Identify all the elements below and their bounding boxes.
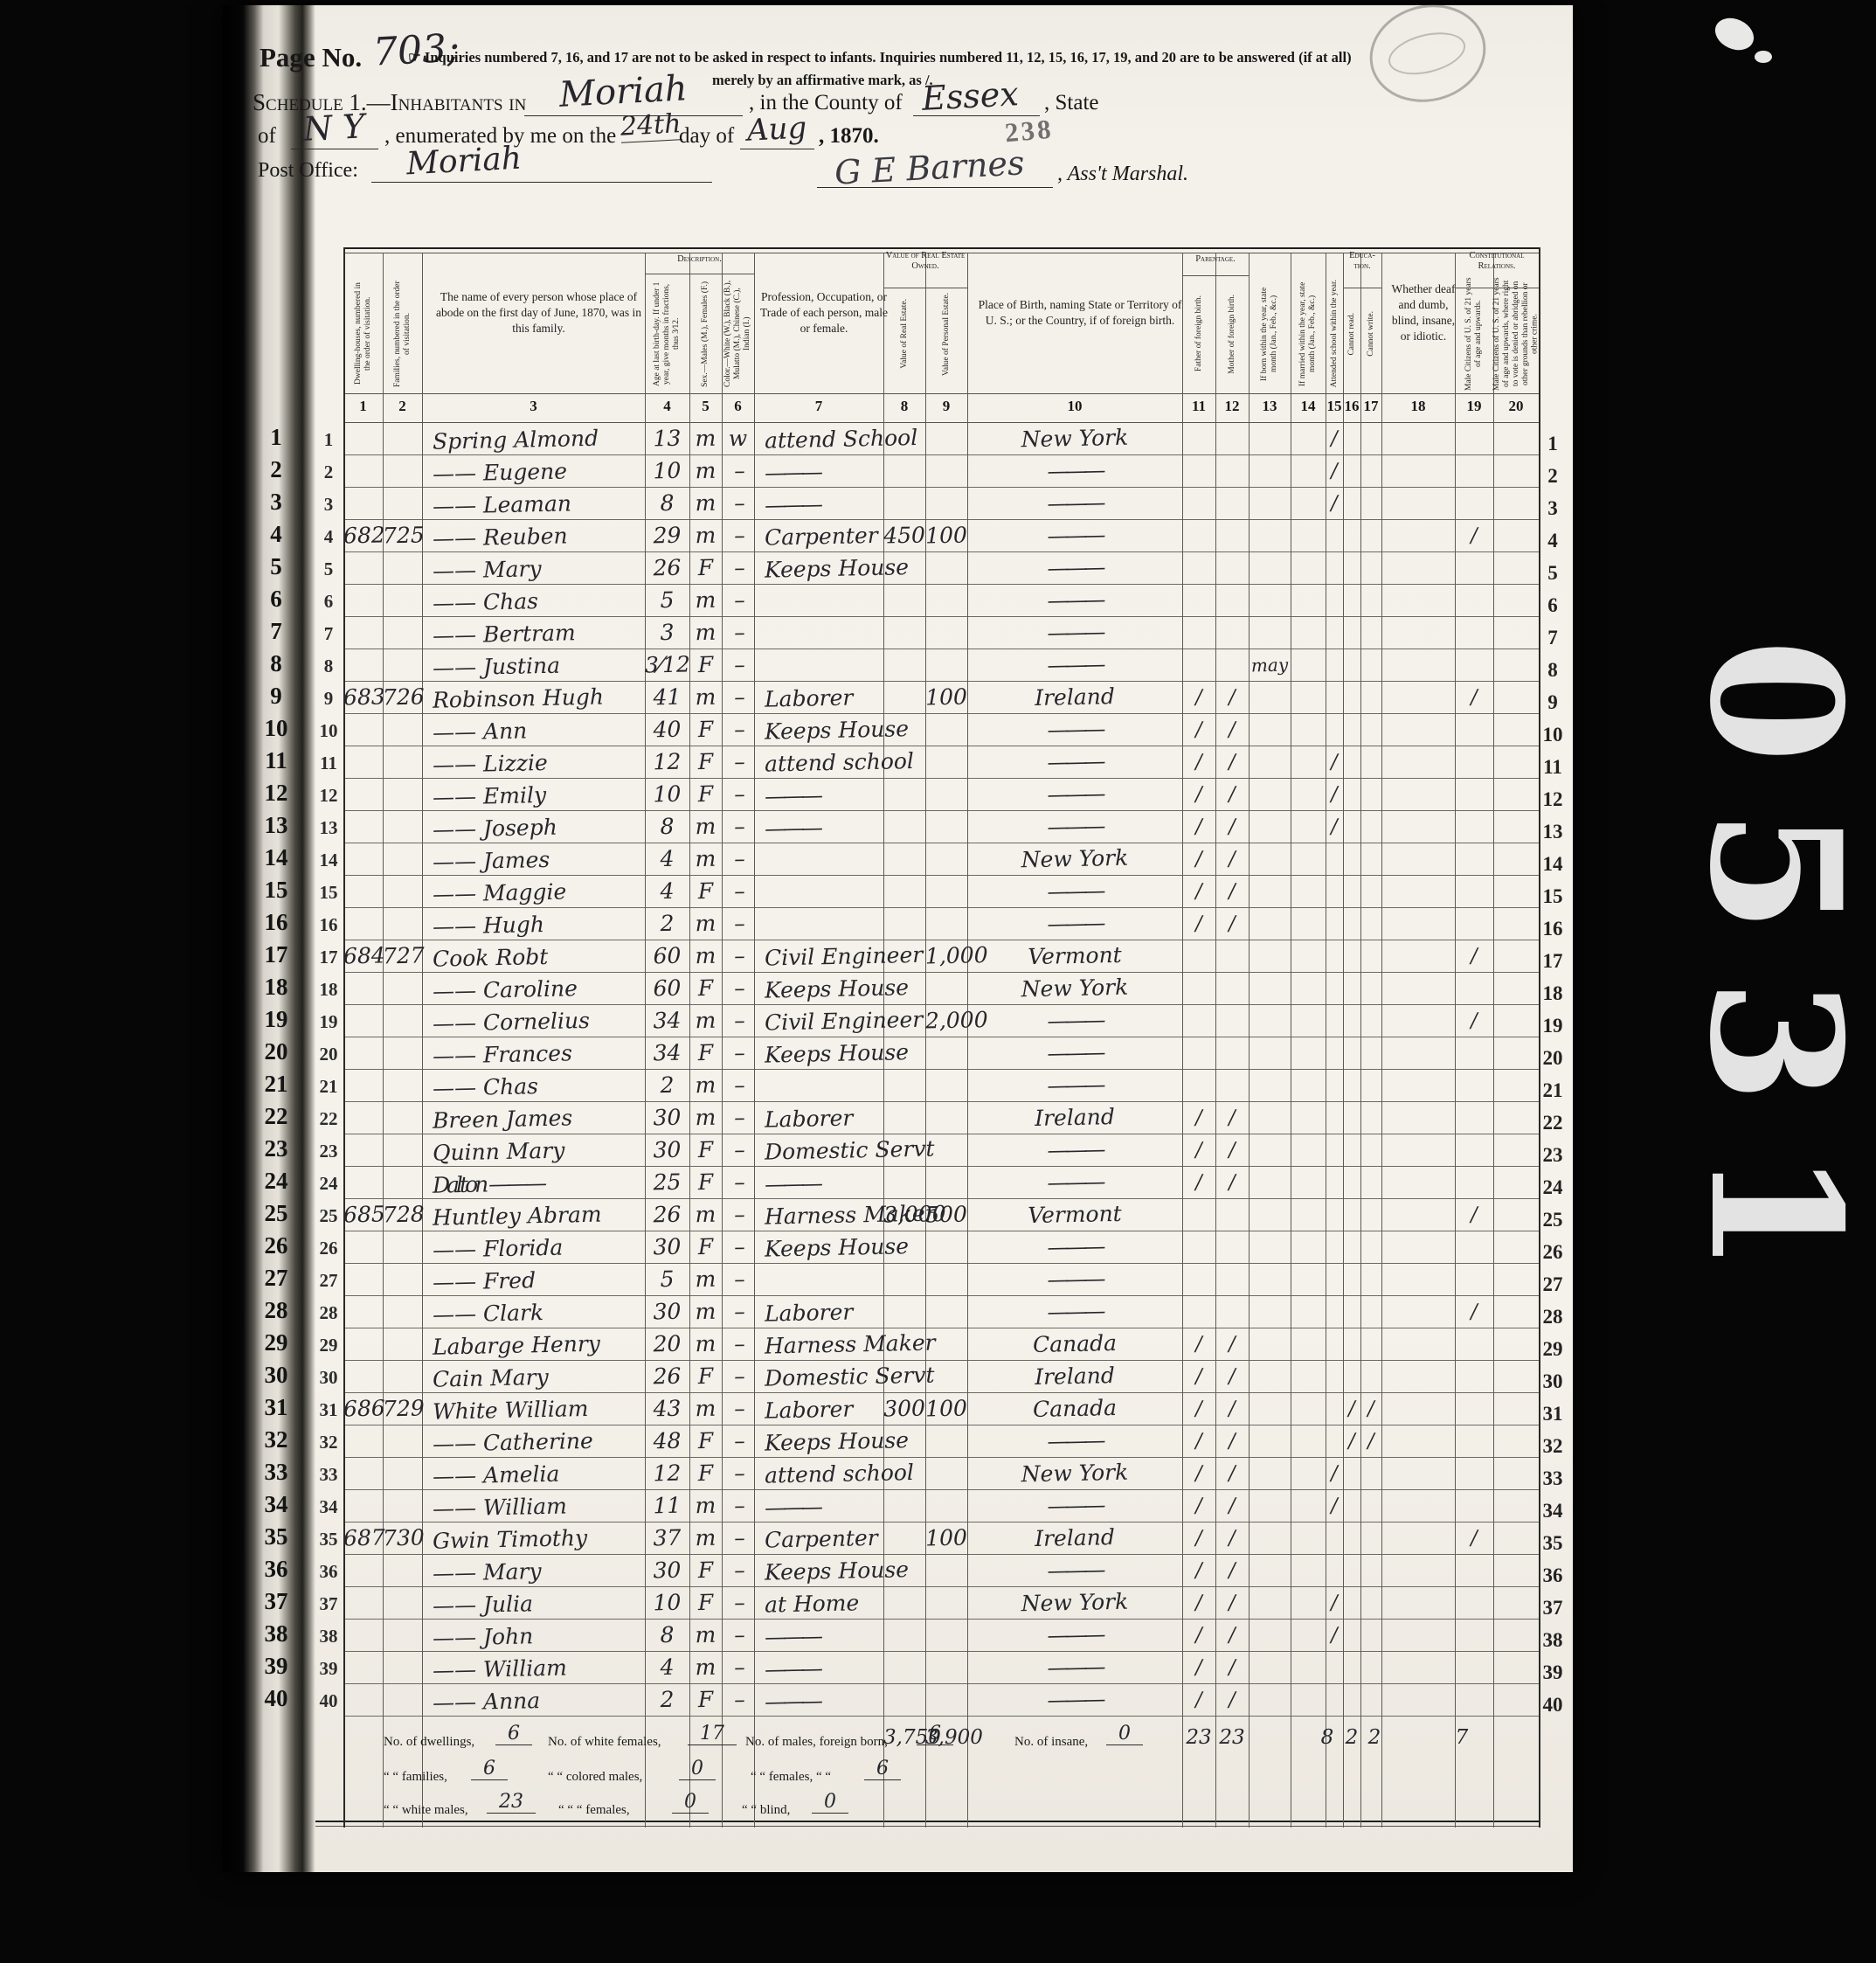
cell-age: 2 — [645, 908, 690, 939]
cell-c15: / — [1326, 424, 1344, 454]
cell-age: 5 — [645, 585, 690, 615]
cell-age: 8 — [645, 488, 690, 518]
footer-colored-males: “ “ colored males, — [548, 1770, 642, 1785]
row-number-left: 26 — [315, 1238, 342, 1259]
cell-age: 34 — [645, 1005, 690, 1036]
cell-sex: m — [689, 1329, 723, 1360]
gutter-row-number: 29 — [261, 1329, 291, 1356]
cell-c16: / — [1343, 1394, 1361, 1424]
col-number-7: 7 — [754, 398, 883, 415]
row-number-left: 30 — [315, 1367, 342, 1389]
cell-col: – — [722, 1426, 755, 1457]
cell-c19: / — [1455, 1006, 1494, 1037]
margin-row-number: 22 — [1535, 1112, 1570, 1134]
cell-birth: ——— — [967, 1424, 1183, 1458]
cell-birth: New York — [967, 842, 1183, 876]
cell-col: – — [722, 1653, 755, 1683]
margin-row-number: 2 — [1535, 465, 1570, 488]
gutter-row-number: 19 — [261, 1006, 291, 1033]
cell-c12: / — [1215, 812, 1250, 843]
cell-age: 26 — [645, 1361, 690, 1391]
col-number-17: 17 — [1360, 398, 1381, 415]
cell-birth: New York — [967, 1585, 1183, 1620]
group-label-education: Educa- tion. — [1343, 251, 1381, 271]
year-label: , 1870. — [819, 124, 879, 149]
cell-c11: / — [1182, 909, 1216, 940]
col-rule — [1249, 253, 1250, 1828]
cell-sex: m — [689, 1103, 723, 1134]
col-heading-5: Sex.—Males (M.), Females (F.) — [689, 277, 722, 391]
row-number-left: 38 — [315, 1626, 342, 1647]
cell-occ: Laborer — [754, 1294, 991, 1329]
cell-age: 30 — [645, 1555, 690, 1585]
margin-row-number: 35 — [1535, 1532, 1570, 1555]
gutter-row-number: 11 — [261, 747, 291, 774]
cell-c15: / — [1326, 780, 1344, 809]
cell-col: – — [722, 1265, 755, 1295]
cell-age: 26 — [645, 552, 690, 583]
col-number-18: 18 — [1381, 398, 1455, 415]
col-rule — [1455, 253, 1456, 1828]
state-tail: , State — [1044, 91, 1099, 115]
cell-pe: 1,000 — [925, 941, 968, 972]
rule-under-labels — [343, 393, 1539, 394]
row-number-left: 11 — [315, 753, 342, 774]
cell-c19: / — [1455, 1200, 1494, 1231]
gutter-row-number: 26 — [261, 1232, 291, 1259]
row-number-left: 39 — [315, 1658, 342, 1680]
cell-col: – — [722, 877, 755, 907]
col-number-8: 8 — [883, 398, 925, 415]
row-number-left: 19 — [315, 1011, 342, 1033]
col-heading-11: Father of foreign birth. — [1182, 277, 1215, 391]
row-number-left: 12 — [315, 785, 342, 807]
cell-col: – — [722, 456, 755, 487]
margin-row-number: 23 — [1535, 1144, 1570, 1167]
col-rule — [1343, 253, 1344, 1828]
header-note-line2: merely by an affirmative mark, as /. — [712, 72, 933, 89]
margin-row-number: 28 — [1535, 1306, 1570, 1328]
cell-pe: 500 — [925, 1200, 968, 1231]
cell-sex: m — [689, 1653, 723, 1683]
margin-row-number: 37 — [1535, 1597, 1570, 1620]
row-number-left: 13 — [315, 817, 342, 839]
row-number-left: 23 — [315, 1141, 342, 1162]
cell-birth: ——— — [967, 745, 1183, 779]
gutter-row-number: 17 — [261, 941, 291, 968]
cell-age: 4 — [645, 843, 690, 874]
footer-white-males: “ “ white males, — [384, 1803, 468, 1818]
cell-c11: / — [1182, 1135, 1216, 1166]
cell-c15: / — [1326, 1620, 1344, 1650]
cell-age: 12 — [645, 746, 690, 777]
cell-sex: m — [689, 586, 723, 616]
cell-c12: / — [1215, 1394, 1250, 1425]
margin-row-number: 8 — [1535, 659, 1570, 682]
cell-age: 10 — [645, 1587, 690, 1618]
row-number-left: 16 — [315, 914, 342, 936]
cell-birth: ——— — [967, 1650, 1183, 1684]
gutter-row-number: 22 — [261, 1103, 291, 1130]
cell-c12: / — [1215, 1556, 1250, 1586]
margin-row-number: 25 — [1535, 1209, 1570, 1231]
cell-col: – — [722, 780, 755, 810]
round-stamp — [1360, 0, 1497, 114]
row-number-left: 24 — [315, 1173, 342, 1195]
margin-row-number: 7 — [1535, 627, 1570, 649]
cell-c19: / — [1455, 941, 1494, 972]
col-number-10: 10 — [967, 398, 1182, 415]
cell-age: 30 — [645, 1231, 690, 1262]
cell-sex: m — [689, 1523, 723, 1554]
page-no-label: Page No. — [260, 42, 362, 73]
col-number-11: 11 — [1182, 398, 1215, 415]
film-speck — [1755, 51, 1772, 63]
gutter-row-number: 2 — [261, 456, 291, 483]
state-value: N Y — [302, 107, 366, 149]
cell-occ: Keeps House — [754, 712, 991, 747]
cell-c19: / — [1455, 1297, 1494, 1328]
cell-occ: ——— — [754, 1618, 991, 1653]
cell-fam: 728 — [383, 1200, 423, 1231]
cell-age: 8 — [645, 811, 690, 842]
cell-sex: F — [689, 715, 723, 746]
cell-age: 43 — [645, 1393, 690, 1424]
cell-col: – — [722, 1071, 755, 1101]
cell-sex: m — [689, 424, 723, 454]
cell-col: – — [722, 1588, 755, 1619]
gutter-row-number: 3 — [261, 489, 291, 516]
margin-row-number: 36 — [1535, 1564, 1570, 1587]
total-c16: 2 — [1343, 1723, 1360, 1752]
cell-col: – — [722, 941, 755, 972]
cell-sex: F — [689, 780, 723, 810]
cell-birth: ——— — [967, 777, 1183, 811]
footer-blind-value: 0 — [812, 1791, 848, 1814]
col-heading-12: Mother of foreign birth. — [1215, 277, 1249, 391]
cell-age: 29 — [645, 520, 690, 551]
cell-birth: ——— — [967, 809, 1183, 843]
cell-birth: ——— — [967, 1488, 1183, 1523]
row-number-left: 7 — [315, 623, 342, 645]
cell-sex: F — [689, 1459, 723, 1489]
footer-colored-males-value: 0 — [679, 1758, 716, 1780]
cell-c12: / — [1215, 1362, 1250, 1392]
film-number: 0531 — [1676, 533, 1873, 1425]
total-c17: 2 — [1364, 1723, 1385, 1752]
gutter-row-number: 35 — [261, 1523, 291, 1550]
cell-occ: Keeps House — [754, 1230, 991, 1265]
cell-birth: Canada — [967, 1327, 1183, 1361]
cell-fam: 730 — [383, 1523, 423, 1554]
cell-sex: F — [689, 1038, 723, 1069]
cell-c11: / — [1182, 1103, 1216, 1134]
margin-row-number: 26 — [1535, 1241, 1570, 1264]
cell-occ: attend School — [754, 421, 991, 456]
cell-birth: New York — [967, 971, 1183, 1005]
margin-row-number: 32 — [1535, 1435, 1570, 1458]
cell-col: – — [722, 521, 755, 551]
margin-row-number: 20 — [1535, 1047, 1570, 1070]
marshal-signature: G E Barnes — [834, 143, 1025, 191]
cell-birth: ——— — [967, 1262, 1183, 1296]
cell-birth: ——— — [967, 454, 1183, 488]
cell-age: 25 — [645, 1167, 690, 1197]
row-number-left: 28 — [315, 1302, 342, 1324]
cell-c11: / — [1182, 1329, 1216, 1360]
table-left-edge — [343, 247, 345, 1828]
footer-females-foreign: “ “ females, “ “ — [751, 1770, 831, 1785]
cell-c11: / — [1182, 877, 1216, 907]
cell-c11: / — [1182, 844, 1216, 875]
cell-pe: 100 — [925, 683, 968, 713]
post-office-label: Post Office: — [258, 159, 358, 183]
margin-row-number: 40 — [1535, 1694, 1570, 1717]
cell-birth: Ireland — [967, 1521, 1183, 1555]
col-number-19: 19 — [1455, 398, 1493, 415]
cell-re: 300 — [883, 1394, 926, 1425]
cell-dw: 685 — [343, 1200, 384, 1231]
cell-sex: F — [689, 1588, 723, 1619]
cell-c15: / — [1326, 812, 1344, 842]
place-value: Moriah — [558, 68, 689, 115]
cell-pe: 100 — [925, 1394, 968, 1425]
cell-birth: ——— — [967, 1230, 1183, 1264]
cell-sex: m — [689, 1200, 723, 1231]
cell-sex: m — [689, 489, 723, 519]
cell-occ: attend school — [754, 1456, 991, 1491]
cell-age: 2 — [645, 1070, 690, 1100]
census-table: Description.Value of Real Estate Owned.P… — [315, 247, 1539, 1828]
cell-age: 40 — [645, 714, 690, 745]
cell-col: – — [722, 1038, 755, 1069]
cell-col: – — [722, 1200, 755, 1231]
cell-col: – — [722, 1297, 755, 1328]
cell-c12: / — [1215, 1459, 1250, 1489]
cell-c13: may — [1249, 650, 1291, 681]
cell-sex: m — [689, 909, 723, 940]
total-c15: 8 — [1317, 1723, 1338, 1752]
total-c11: 23 — [1182, 1723, 1215, 1752]
cell-occ: ——— — [754, 1650, 991, 1685]
margin-row-number: 17 — [1535, 950, 1570, 973]
footer-insane: No. of insane, — [1014, 1735, 1088, 1750]
gutter-row-number: 38 — [261, 1620, 291, 1647]
rule-bottom-outer — [315, 1821, 1539, 1822]
cell-col: – — [722, 1232, 755, 1263]
col-heading-7: Profession, Occupation, or Trade of each… — [754, 256, 894, 370]
cell-c12: / — [1215, 877, 1250, 907]
cell-age: 3⁄12 — [645, 649, 690, 680]
gutter-row-number: 15 — [261, 877, 291, 904]
gutter-row-number: 18 — [261, 974, 291, 1001]
rule-top-outer — [343, 247, 1539, 249]
cell-age: 34 — [645, 1037, 690, 1068]
footer-dwellings-value: 6 — [495, 1723, 532, 1745]
cell-sex: m — [689, 521, 723, 551]
row-number-left: 36 — [315, 1561, 342, 1583]
row-number-left: 5 — [315, 558, 342, 580]
margin-row-number: 11 — [1535, 756, 1570, 779]
cell-birth: Ireland — [967, 1359, 1183, 1393]
cell-c11: / — [1182, 1362, 1216, 1392]
col-rule — [1493, 253, 1494, 1828]
gutter-row-number: 6 — [261, 586, 291, 613]
cell-sex: F — [689, 553, 723, 584]
row-number-left: 1 — [315, 429, 342, 451]
cell-birth: ——— — [967, 1553, 1183, 1587]
rule-bottom-inner — [315, 1826, 1539, 1827]
cell-sex: F — [689, 974, 723, 1004]
col-heading-6: Color.—White (W.), Black (B.), Mulatto (… — [722, 277, 754, 391]
cell-dw: 682 — [343, 521, 384, 551]
cell-c11: / — [1182, 1653, 1216, 1683]
cell-col: – — [722, 1491, 755, 1522]
cell-c12: / — [1215, 1620, 1250, 1651]
col-heading-1: Dwelling-houses, numbered in the order o… — [343, 277, 383, 391]
row-number-left: 20 — [315, 1044, 342, 1065]
cell-c11: / — [1182, 1394, 1216, 1425]
col-number-2: 2 — [383, 398, 422, 415]
row-number-left: 29 — [315, 1335, 342, 1356]
margin-row-number: 14 — [1535, 853, 1570, 876]
col-heading-3: The name of every person whose place of … — [422, 256, 655, 370]
cell-re: 3,000 — [883, 1200, 926, 1231]
gutter-row-number: 4 — [261, 521, 291, 548]
cell-c12: / — [1215, 1653, 1250, 1683]
cell-col: – — [722, 650, 755, 681]
col-number-6: 6 — [722, 398, 754, 415]
cell-col: – — [722, 909, 755, 940]
cell-age: 3 — [645, 617, 690, 648]
gutter-row-number: 30 — [261, 1362, 291, 1389]
cell-sex: m — [689, 1297, 723, 1328]
footer-white-females-value: 17 — [688, 1723, 737, 1745]
cell-fam: 725 — [383, 521, 423, 551]
margin-row-number: 33 — [1535, 1467, 1570, 1490]
cell-c16: / — [1343, 1426, 1361, 1456]
cell-birth: ——— — [967, 1618, 1183, 1652]
cell-c11: / — [1182, 1523, 1216, 1554]
cell-c11: / — [1182, 1426, 1216, 1457]
cell-occ: Keeps House — [754, 971, 991, 1006]
cell-age: 60 — [645, 973, 690, 1003]
margin-row-number: 1 — [1535, 433, 1570, 455]
cell-c11: / — [1182, 1459, 1216, 1489]
margin-row-number: 31 — [1535, 1403, 1570, 1425]
day-value: 24th — [620, 108, 682, 143]
group-rule — [645, 274, 754, 274]
census-page: 1234567891011121314151617181920212223242… — [223, 5, 1573, 1872]
col-heading-2: Families, numbered in the order of visit… — [383, 277, 422, 391]
col-rule — [1360, 253, 1361, 1828]
margin-row-number: 12 — [1535, 788, 1570, 811]
gutter-row-number: 25 — [261, 1200, 291, 1227]
film-strip: 0531 — [1676, 533, 1876, 1460]
cell-occ: ——— — [754, 777, 991, 812]
cell-age: 41 — [645, 682, 690, 712]
cell-c19: / — [1455, 683, 1494, 713]
cell-col: – — [722, 1556, 755, 1586]
cell-c11: / — [1182, 1588, 1216, 1619]
cell-c15: / — [1326, 747, 1344, 777]
col-number-12: 12 — [1215, 398, 1249, 415]
cell-col: – — [722, 1103, 755, 1134]
total-c19: 7 — [1443, 1723, 1481, 1752]
cell-dw: 684 — [343, 941, 384, 972]
cell-col: – — [722, 683, 755, 713]
cell-birth: ——— — [967, 1003, 1183, 1037]
group-label-real_estate: Value of Real Estate Owned. — [883, 251, 967, 271]
cell-pe: 100 — [925, 521, 968, 551]
margin-row-number: 6 — [1535, 594, 1570, 617]
gutter-row-number: 32 — [261, 1426, 291, 1453]
row-number-left: 9 — [315, 688, 342, 710]
margin-row-number: 5 — [1535, 562, 1570, 585]
cell-sex: F — [689, 1362, 723, 1392]
col-number-3: 3 — [422, 398, 645, 415]
cell-occ: Keeps House — [754, 1424, 991, 1459]
row-number-left: 32 — [315, 1432, 342, 1453]
footer-colored-females-value: 0 — [672, 1791, 709, 1814]
cell-col: – — [722, 1329, 755, 1360]
cell-occ: Harness Maker — [754, 1327, 991, 1362]
col-rule — [1291, 253, 1291, 1828]
gutter-row-number: 20 — [261, 1038, 291, 1065]
gutter-row-number: 24 — [261, 1168, 291, 1195]
cell-c12: / — [1215, 1135, 1250, 1166]
cell-birth: ——— — [967, 551, 1183, 585]
cell-sex: m — [689, 456, 723, 487]
col-heading-15: Attended school within the year. — [1326, 277, 1343, 391]
row-number-left: 22 — [315, 1108, 342, 1130]
cell-occ: Laborer — [754, 1100, 991, 1135]
gutter-row-number: 37 — [261, 1588, 291, 1615]
cell-age: 12 — [645, 1458, 690, 1488]
cell-birth: Ireland — [967, 680, 1183, 714]
cell-c11: / — [1182, 1556, 1216, 1586]
cell-birth: ——— — [967, 1068, 1183, 1102]
cell-fam: 727 — [383, 941, 423, 972]
cell-birth: ——— — [967, 615, 1183, 649]
cell-c12: / — [1215, 1491, 1250, 1522]
cell-birth: ——— — [967, 1133, 1183, 1167]
census-scan: 0531 12345678910111213141516171819202122… — [0, 0, 1876, 1963]
footer-males-foreign-value: 6 — [917, 1723, 953, 1745]
cell-col: – — [722, 1394, 755, 1425]
col-heading-10: Place of Birth, naming State or Territor… — [967, 256, 1193, 370]
cell-c12: / — [1215, 780, 1250, 810]
cell-sex: m — [689, 941, 723, 972]
footer-blind: “ “ blind, — [742, 1803, 790, 1818]
margin-row-number: 3 — [1535, 497, 1570, 520]
cell-age: 5 — [645, 1264, 690, 1294]
cell-age: 20 — [645, 1328, 690, 1359]
cell-sex: m — [689, 844, 723, 875]
gutter-row-number: 1 — [261, 424, 291, 451]
row-number-left: 34 — [315, 1496, 342, 1518]
cell-fam: 726 — [383, 683, 423, 713]
row-number-left: 21 — [315, 1076, 342, 1098]
cell-col: – — [722, 1620, 755, 1651]
cell-pe: 2,000 — [925, 1006, 968, 1037]
cell-c12: / — [1215, 1168, 1250, 1198]
footer-families: “ “ families, — [384, 1770, 447, 1785]
cell-dw: 687 — [343, 1523, 384, 1554]
cell-birth: ——— — [967, 486, 1183, 520]
footer-insane-value: 0 — [1106, 1723, 1143, 1745]
cell-occ: attend school — [754, 745, 991, 780]
